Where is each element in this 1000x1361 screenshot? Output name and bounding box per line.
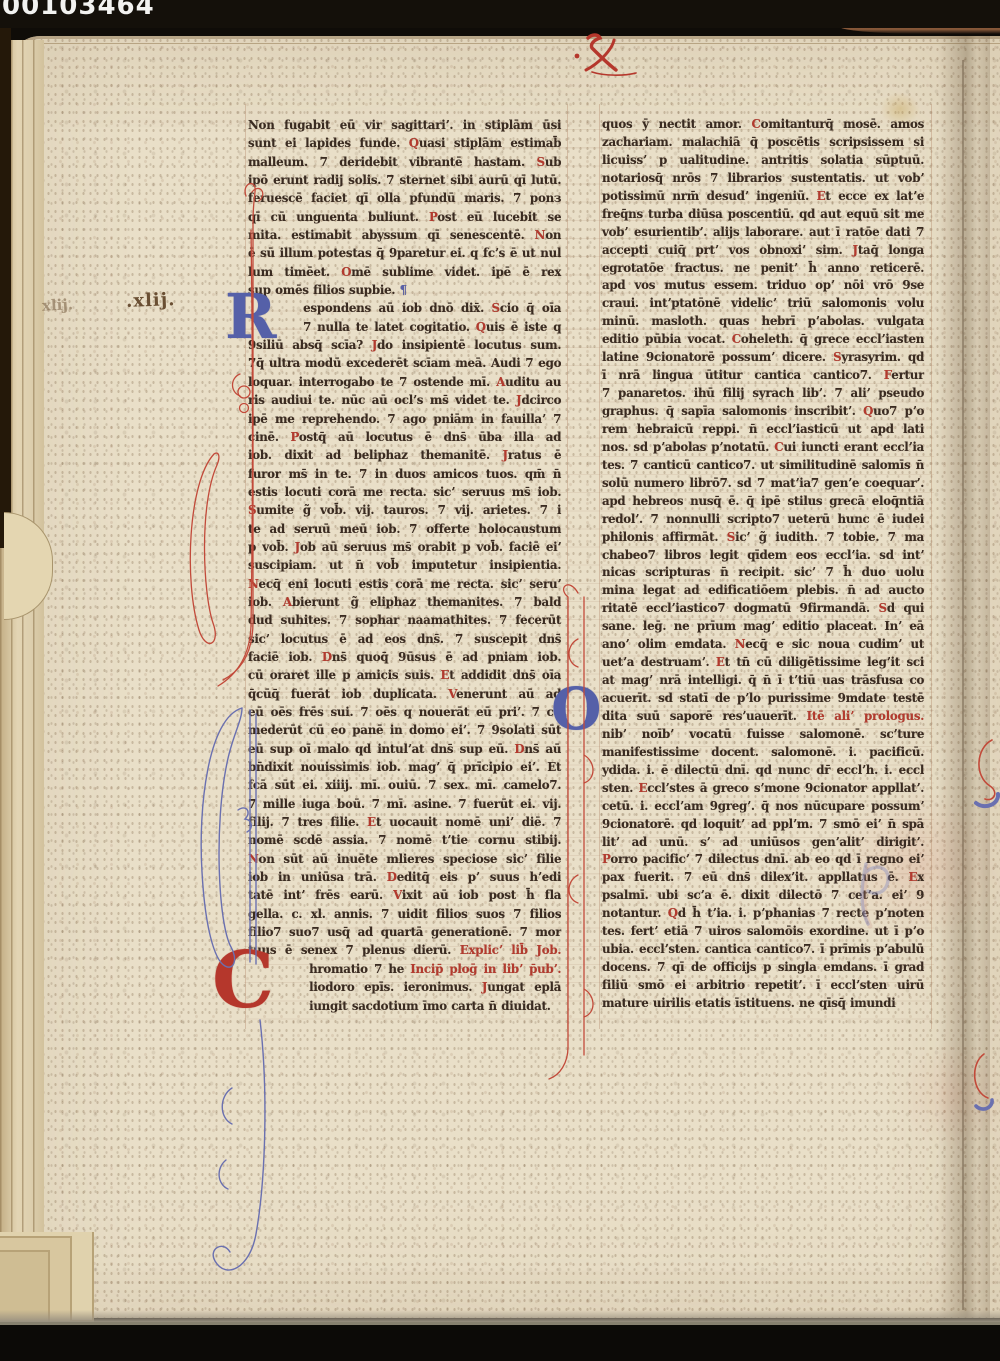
- text-line: chabeo7 libros legit qīdem eos ecclʼia. …: [602, 547, 924, 565]
- text-line: licuissʼ p ualitudine. antritis solatia …: [602, 152, 924, 170]
- photo-bottom-soft-edge: [0, 1310, 1000, 1322]
- text-line: iob. Abierunt g̃ eliphaz themanites. 7 b…: [248, 593, 561, 611]
- text-line: vobʼ esurientibʼ. alijs laborare. aut ī …: [602, 224, 924, 242]
- text-line: faciē iob. Dns̄ quoq̄ 9ūsus ē ad pniam i…: [248, 648, 561, 666]
- text-line: pax fuerit. 7 eū dns̄ dilexʼit. appllatu…: [602, 869, 924, 887]
- text-line: 7 nulla te latet cogitatio. Quis ē iste …: [248, 318, 561, 336]
- text-line: cū oraret ille p amicis suis. Et addidit…: [248, 666, 561, 684]
- text-line: loquar. interrogabo te 7 ostende mī. Aud…: [248, 373, 561, 391]
- photo-id-number: 00103464: [2, 0, 155, 21]
- text-line: cetū. i. ecclʼam 9gregʼ. q̄ nos nūcupare…: [602, 798, 924, 816]
- text-line: uetʼa destruamʼ. Et tn̄ cū diligētissime…: [602, 654, 924, 672]
- ruling-vertical-mid2: [599, 104, 600, 1029]
- text-line: tes. 7 canticū cantico7. ut similitudinē…: [602, 457, 924, 475]
- text-line: Porro pacificʼ 7 dilectus dnī. ab eo qd …: [602, 851, 924, 869]
- text-line: eū sup oī malo qd intulʼat dns̄ sup eū. …: [248, 740, 561, 758]
- text-line: qī cū unguenta buliunt. Post eū lucebit …: [248, 208, 561, 226]
- text-line: filiū smō ei arbitrio repetitʼ. ī ecclʼs…: [602, 977, 924, 995]
- text-line: Non fugabit eū vir sagittariʼ. in stiplā…: [248, 116, 561, 134]
- text-line: 7 mille iuga boū. 7 mī. asine. 7 fuerūt …: [248, 795, 561, 813]
- text-line: rem hebraicū reppi. n̄ ecclʼiasticū ut a…: [602, 421, 924, 439]
- text-line: 9cionatorē. qd loquitʼ ad pplʼm. 7 smō e…: [602, 816, 924, 834]
- text-line: anoʼ olim emdata. Necq̄ e sic noua cudim…: [602, 636, 924, 654]
- pink-offset-stain-lower: [900, 1040, 1000, 1150]
- text-line: notariosq̄ nrōs 7 librarios sustentatis.…: [602, 170, 924, 188]
- text-line: nibʼ noībʼ vocatū fuisse salomonē. scʼtu…: [602, 726, 924, 744]
- text-line: hromatio 7 he Incip̄ ploḡ in libʼ p̄ubʼ.: [248, 960, 561, 978]
- text-line: ubia. ecclʼsten. cantica cantico7. ī prī…: [602, 941, 924, 959]
- text-line: litʼ ad unū. sʼ ad uniūsos genʼalitʼ dir…: [602, 834, 924, 852]
- text-line: dita suū saporē resʼuauerīt. Itē aliʼ pr…: [602, 708, 924, 726]
- text-line: malleum. 7 deridebit vibrantē hastam. Su…: [248, 153, 561, 171]
- text-line: nicas scripturas n̄ recipit. sicʼ 7 h̄ d…: [602, 564, 924, 582]
- text-line: docens. 7 qī de officijs p singla emdans…: [602, 959, 924, 977]
- decorated-initial-C: C: [212, 942, 274, 1020]
- text-line: q̄cūq̄ fuerāt iob duplicata. Venerunt aū…: [248, 685, 561, 703]
- text-line: fcā sūt ei. xiiij. mī. ouiū. 7 sex. mī. …: [248, 776, 561, 794]
- text-line: ē sū illum potestas q̄ 9paretur ei. q fc…: [248, 244, 561, 262]
- text-line: mina legat ad edificatiōem plebis. n̄ ad…: [602, 582, 924, 600]
- text-line: egrotatōe fractus. ne penitʼ h̄ anno ret…: [602, 260, 924, 278]
- text-line: tuus ē senex 7 plenus dierū. Explicʼ lib…: [248, 941, 561, 959]
- text-line: filij. 7 tres filie. Et uocauit nomē uni…: [248, 813, 561, 831]
- text-line: 7 panaretos. ihū filij syrach libʼ. 7 al…: [602, 385, 924, 403]
- text-line: manifestissime docent. salomonē. i. paci…: [602, 744, 924, 762]
- text-line: furor ms̄ in te. 7 in duos amicos tuos. …: [248, 465, 561, 483]
- text-line: redolʼ. 7 nonnulli scripto7 ueterū hunc …: [602, 511, 924, 529]
- text-line: ipē me reprehendo. 7 ago pniām in fauill…: [248, 410, 561, 428]
- text-line: p vob̄. Job aū seruus ms̄ orabit p vob̄.…: [248, 538, 561, 556]
- text-line: apd hebreos nusq̄ ē. q̄ ipē stilus grecā…: [602, 493, 924, 511]
- text-line: Non sūt aū inuēte mlieres speciose sicʼ …: [248, 850, 561, 868]
- text-line: gella. c. xl. annis. 7 uidit filios suos…: [248, 905, 561, 923]
- text-line: suscipiam. ut n̄ vob̄ imputetur insipien…: [248, 556, 561, 574]
- text-line: minū. masloth. quas hebrī pʼabolas. vulg…: [602, 313, 924, 331]
- text-line: ydida. i. ē dilectū dnī. qd nunc dr̄ ecc…: [602, 762, 924, 780]
- text-line: nos. sd pʼabolas pʼnotatū. Cui iuncti er…: [602, 439, 924, 457]
- text-line: lum timēet. Omē sublime videt. ipē ē rex: [248, 263, 561, 281]
- text-line: at magʼ nrā intelligi. q̄ n̄ ī tʼtiū uas…: [602, 672, 924, 690]
- text-line: ris audiui te. nūc aū oclʼs ms̄ videt te…: [248, 391, 561, 409]
- text-line: sten. Ecclʼstes ā greco sʼmone 9cionator…: [602, 780, 924, 798]
- text-line: cinē. Postq̄ aū locutus ē dns̄ ūba illa …: [248, 428, 561, 446]
- text-line: craui. intʼptatōnē videlicʼ triū salomon…: [602, 295, 924, 313]
- text-line: 9siliū absq̄ scīa? Jdo insipientē locutu…: [248, 336, 561, 354]
- text-line: estis locuti corā me recta. sicʼ seruus …: [248, 483, 561, 501]
- text-line: editio pūbia vocat. Coheleth. q̄ grece e…: [602, 331, 924, 349]
- text-line: iungit sacdotium īmo carta n̄ diuidat.: [248, 997, 561, 1015]
- text-line: te ad seruū meū iob. 7 offerte holocaust…: [248, 520, 561, 538]
- text-line: latine 9cionatorē possumʼ dicere. Syrasy…: [602, 349, 924, 367]
- text-line: nomē scdē assia. 7 nomē tʼtie cornu stib…: [248, 831, 561, 849]
- text-line: espondens aū iob dnō dix̄. Scio q̄ oīa p…: [248, 299, 561, 317]
- margin-chapter-numeral-faint: xlij.: [42, 295, 74, 315]
- decorated-initial-R: R: [225, 286, 277, 348]
- text-line: philonis affirmāt. Sicʼ g̃ iudith. 7 tob…: [602, 529, 924, 547]
- left-column: Non fugabit eū vir sagittariʼ. in stiplā…: [248, 116, 566, 1015]
- text-line: ritatē ecclʼiastico7 dogmatū 9firmandā. …: [602, 600, 924, 618]
- text-line: mature uirilis etatis īstituens. ne qīsq…: [602, 995, 924, 1013]
- text-line: ī nrā lingua ūtitur cantica cantico7. Fe…: [602, 367, 924, 385]
- text-line: solū numero librō7. sd 7 matʼia7 genʼe c…: [602, 475, 924, 493]
- text-line: freq̄ns turba diūsa poscentiū. qd aut eq…: [602, 206, 924, 224]
- ruling-vertical-mid1: [567, 104, 568, 1029]
- text-line: psalmī. ubi scʼa ē. dixit dilectō 7 cetʼ…: [602, 887, 924, 905]
- gutter-fold-line: [962, 60, 964, 1310]
- margin-chapter-numeral: .xlij.: [126, 289, 176, 312]
- text-line: sup omēs filios supbie. ¶: [248, 281, 561, 299]
- text-line: dud suhites. 7 sophar naamathites. 7 fec…: [248, 611, 561, 629]
- text-line: 7q̄ ultra modū excederēt scīam meā. Audi…: [248, 354, 561, 372]
- text-line: mita. estimabit abyssum qī senescentē. N…: [248, 226, 561, 244]
- right-column: quos ȳ nectit amor. Comitanturq̄ mosē. a…: [602, 116, 929, 1013]
- text-line: sunt ei lapides funde. Quasi stiplām est…: [248, 134, 561, 152]
- text-line: feruescē faciet qī olla pfundū maris. 7 …: [248, 189, 561, 207]
- text-line: mederūt cū eo panē in domo eiʼ. 7 9solat…: [248, 721, 561, 739]
- text-line: graphus. q̄ sapīa salomonis inscribitʼ. …: [602, 403, 924, 421]
- book-edge-dark-left: [0, 28, 11, 548]
- manuscript-photo: Non fugabit eū vir sagittariʼ. in stiplā…: [0, 0, 1000, 1361]
- text-line: liodoro epīs. ieronimus. Jungat eplā quo…: [248, 978, 561, 996]
- text-line: tes. fertʼ etiā 7 uiros salomōis exordin…: [602, 923, 924, 941]
- text-line: ipō erunt radij solis. 7 sternet sibi au…: [248, 171, 561, 189]
- text-line: bn̄dixit nouissimis iob. magʼ q̄ prīcipi…: [248, 758, 561, 776]
- text-line: zachariam. malachiā q̄ poscētis scripsis…: [602, 134, 924, 152]
- text-line: eū oēs frēs sui. 7 oēs q nouerāt eū priʼ…: [248, 703, 561, 721]
- text-line: Sumite g̃ vob̄. vij. tauros. 7 vij. arie…: [248, 501, 561, 519]
- ruling-vertical-right: [931, 104, 932, 1029]
- text-line: sicʼ locutus ē ad eos dns̄. 7 suscepit d…: [248, 630, 561, 648]
- text-line: potissimū nrm̄ desudʼ ingeniū. Et ecce e…: [602, 188, 924, 206]
- photo-bottom-band: [0, 1322, 1000, 1361]
- ruling-vertical-left: [245, 104, 246, 1029]
- text-line: tatē intʼ frēs earū. Vixit aū iob post h…: [248, 886, 561, 904]
- text-line: Necq̄ eni locuti estis corā me recta. si…: [248, 575, 561, 593]
- text-line: notantur. Qd h̄ tʼia. i. pʼphanias 7 rec…: [602, 905, 924, 923]
- text-line: iob. dixit ad beliphaz themanitē. Jratus…: [248, 446, 561, 464]
- text-line: sane. leḡ. ne prīum magʼ editio placeat.…: [602, 618, 924, 636]
- text-line: accepti cuiq̄ prtʼ vos obnoxiʼ sim. Jtaq…: [602, 242, 924, 260]
- photo-top-band: 00103464: [0, 0, 1000, 28]
- text-line: quos ȳ nectit amor. Comitanturq̄ mosē. a…: [602, 116, 924, 134]
- text-line: iob in uniūsa trā. Deditq̄ eis pʼ suus h…: [248, 868, 561, 886]
- text-line: apd vos mutus essem. triduo opʼ nōi vrō …: [602, 277, 924, 295]
- text-line: filio7 suo7 usq̄ ad quartā generationē. …: [248, 923, 561, 941]
- text-line: acuerīt. sd statī de pʼlo purissime 9mda…: [602, 690, 924, 708]
- decorated-initial-O: O: [551, 680, 602, 738]
